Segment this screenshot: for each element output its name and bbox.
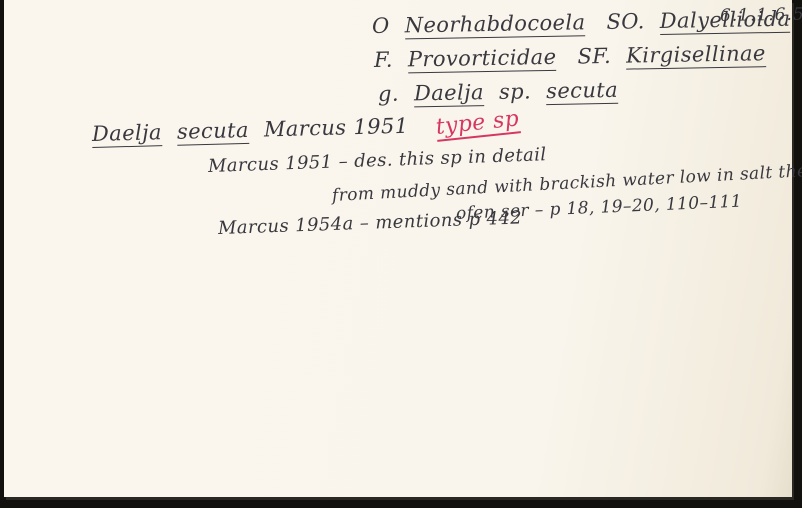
subfamily-prefix: SF.: [577, 44, 611, 69]
note-line-1: Marcus 1951 – des. this sp in detail: [208, 144, 547, 177]
taxonomy-line-family: F. Provorticidae SF. Kirgisellinae: [374, 41, 766, 72]
subfamily-name: Kirgisellinae: [626, 41, 766, 69]
heading-authority: Marcus 1951: [264, 114, 409, 142]
type-species-annotation: type sp: [435, 106, 521, 142]
species-heading: Daelja secuta Marcus 1951: [92, 114, 409, 146]
order-prefix: O: [372, 14, 390, 38]
family-name: Provorticidae: [408, 45, 557, 74]
order-name: Neorhabdocoela: [404, 10, 585, 39]
suborder-name: Dalyellioida: [660, 7, 791, 35]
suborder-prefix: SO.: [606, 9, 645, 34]
taxonomy-line-order: O Neorhabdocoela SO. Dalyellioida: [372, 7, 791, 38]
scanned-card-page: { "card": { "catalog_number": "6.1.1.6.5…: [0, 0, 802, 508]
note-line-4: Marcus 1954a – mentions p 442: [218, 207, 523, 239]
species-name: secuta: [546, 78, 618, 105]
family-prefix: F.: [374, 48, 393, 72]
genus-name: Daelja: [414, 80, 484, 107]
heading-genus: Daelja: [92, 120, 163, 148]
taxonomy-line-genus: g. Daelja sp. secuta: [378, 78, 618, 106]
genus-prefix: g.: [378, 82, 399, 106]
index-card: 6.1.1.6.5 O Neorhabdocoela SO. Dalyellio…: [4, 0, 792, 497]
sp-abbrev: sp.: [499, 79, 532, 104]
heading-species: secuta: [177, 118, 250, 146]
